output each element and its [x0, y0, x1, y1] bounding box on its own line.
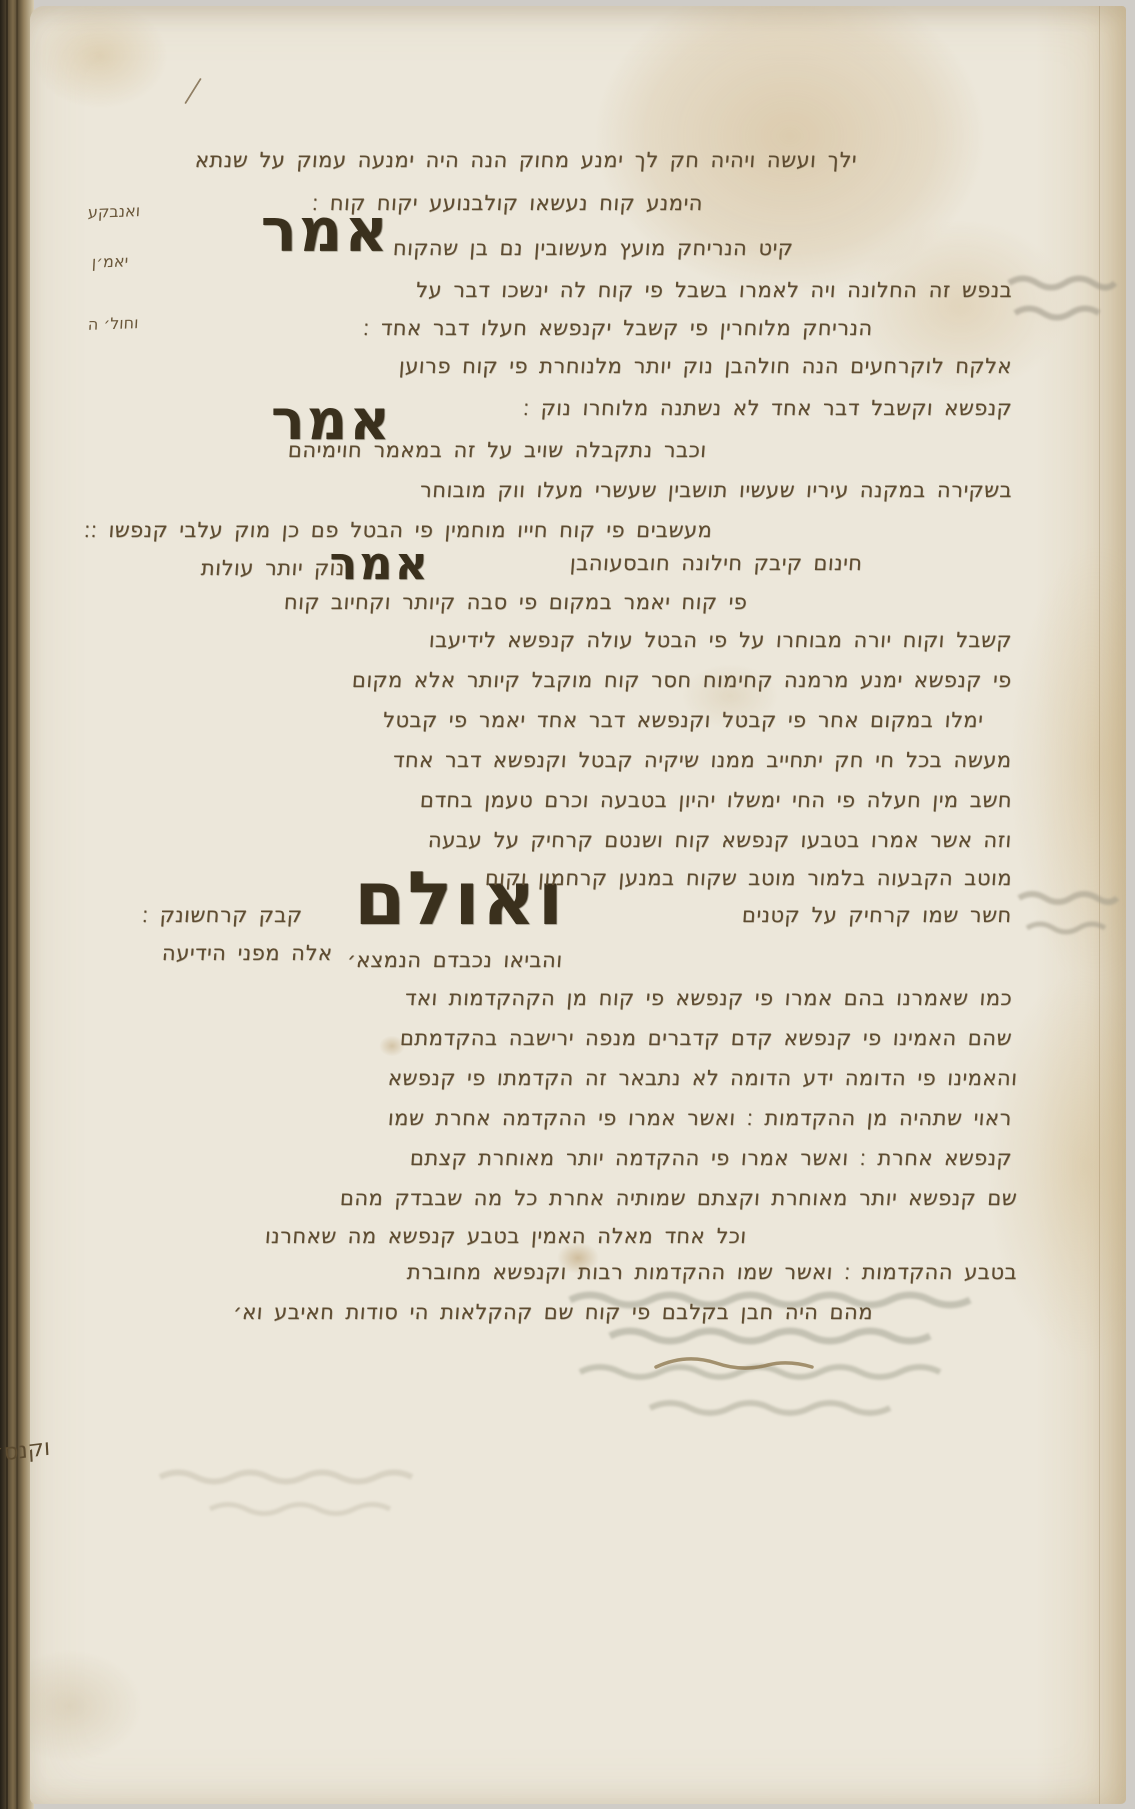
- manuscript-text-block: אמר אמר אמר ואולם ילך ועשה ויהיה חק לך י…: [0, 0, 1135, 1809]
- text-line: שהם האמינו פי קנפשא קדם קדברים מנפה יריש…: [399, 1026, 1013, 1050]
- text-line: ראוי שתהיה מן ההקדמות ׃ ואשר אמרו פי ההק…: [387, 1106, 1013, 1130]
- text-line: כמו שאמרנו בהם אמרו פי קנפשא פי קוח מן ה…: [404, 986, 1013, 1010]
- text-line: שם קנפשא יותר מאוחרת וקצתם שמותיה אחרת כ…: [339, 1186, 1018, 1210]
- catchword: וקנס׳: [0, 1435, 51, 1468]
- text-line: הימנע קוח נעשאו קולבנועע יקוח קוח ׃: [311, 191, 704, 215]
- text-line: וזה אשר אמרו בטבעו קנפשא קוח ושנטם קרחיק…: [427, 828, 1012, 852]
- text-line: והאמינו פי הדומה ידע הדומה לא נתבאר זה ה…: [387, 1066, 1018, 1090]
- margin-note: וחול׳ ה: [87, 313, 139, 334]
- text-line: בשקירה במקנה עיריו שעשיו תושבין שעשרי מע…: [419, 478, 1013, 502]
- text-line: הנריחק מלוחרין פי קשבל יקנפשא חעלו דבר א…: [362, 316, 873, 340]
- manuscript-scan: { "document": { "kind_label": "handwritt…: [0, 0, 1135, 1809]
- margin-note: ואנבקע: [87, 201, 140, 222]
- text-line: קשבל וקוח יורה מבוחרו על פי הבטל עולה קנ…: [428, 628, 1013, 652]
- text-line: חינום קיבק חילונה חובסעוהבן: [570, 551, 864, 575]
- text-line: חשב מין חעלה פי החי ימשלו יהיון בטבעה וכ…: [419, 788, 1013, 812]
- text-line: קבק קרחשונק ׃: [141, 903, 303, 927]
- text-line: פי קנפשא ימנע מרמנה קחימוח חסר קוח מוקבל…: [351, 668, 1012, 692]
- text-line: חשר שמו קרחיק על קטנים: [741, 903, 1012, 927]
- text-line: מעשבים פי קוח חייו מוחמין פי הבטל פם כן …: [83, 518, 713, 542]
- text-line: וכבר נתקבלה שויב על זה במאמר חוימיהם: [288, 438, 708, 462]
- text-line: מעשה בכל חי חק יתחייב ממנו שיקיה קבטל וק…: [393, 748, 1013, 772]
- text-line: קנפשא וקשבל דבר אחד לא נשתנה מלוחרו נוק …: [522, 396, 1013, 420]
- margin-note: יאמ׳ן: [91, 251, 128, 271]
- text-line: והביאו נכבדם הנמצא׳: [347, 948, 564, 972]
- text-line: קנפשא אחרת ׃ ואשר אמרו פי ההקדמה יותר מא…: [409, 1146, 1013, 1170]
- scanned-photo: אמר אמר אמר ואולם ילך ועשה ויהיה חק לך י…: [0, 0, 1135, 1809]
- text-line: מוטב הקבעוה בלמור מוטב שקוח במנען קרחמון…: [484, 866, 1013, 890]
- text-line: מהם היה חבן בקלבם פי קוח שם קהקלאות הי ס…: [232, 1300, 874, 1324]
- text-line: ילך ועשה ויהיה חק לך ימנע מחוק הנה היה י…: [194, 148, 858, 172]
- text-line: פי קוח יאמר במקום פי סבה קיותר וקחיוב קו…: [283, 590, 748, 614]
- text-line: נוק יותר עולות: [200, 556, 345, 580]
- text-line: בנפש זה החלונה ויה לאמרו בשבל פי קוח לה …: [415, 278, 1013, 302]
- text-line: בטבע ההקדמות ׃ ואשר שמו ההקדמות רבות וקנ…: [406, 1260, 1018, 1284]
- text-line: אלה מפני הידיעה: [161, 941, 333, 965]
- text-line: וכל אחד מאלה האמין בטבע קנפשא מה שאחרנו: [265, 1224, 748, 1248]
- text-line: אלקח לוקרחעים הנה חולהבן נוק יותר מלנוחר…: [398, 354, 1013, 378]
- text-line: ימלו במקום אחר פי קבטל וקנפשא דבר אחד יא…: [382, 708, 984, 732]
- text-line: קיט הנריחק מועץ מעשובין נם בן שהקוח: [392, 236, 794, 260]
